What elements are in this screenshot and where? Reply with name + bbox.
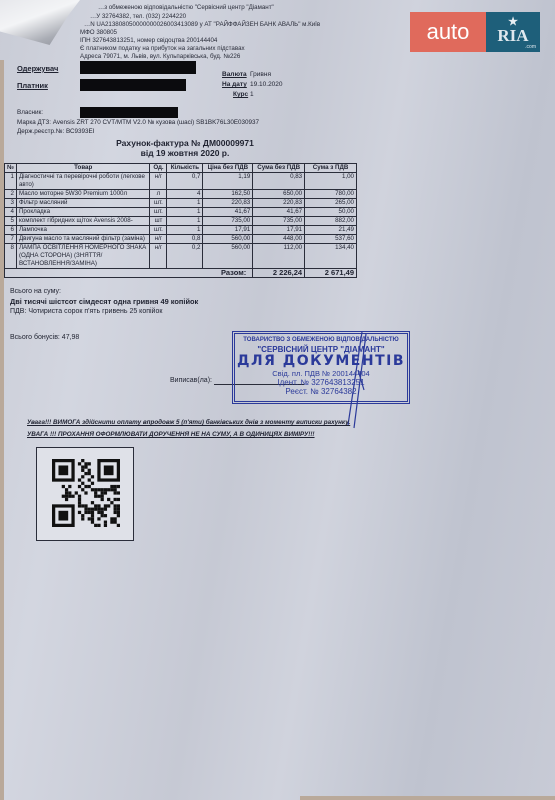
signed-by-label: Виписав(ла): <box>170 377 212 384</box>
invoice-date: від 19 жовтня 2020 р. <box>0 148 370 158</box>
signature-scribble <box>340 330 370 430</box>
cell-item: ЛАМПА ОСВІТЛЕННЯ НОМЕРНОГО ЗНАКА (ОДНА С… <box>16 244 150 269</box>
vehicle-reg-number: Держ.реєстр.№: ВС9393ЕІ <box>17 128 94 135</box>
payment-deadline-warning: Увага!!! ВИМОГА здійснити оплату впродов… <box>27 419 350 426</box>
supplier-code-phone: …У 32764382, тел. (032) 2244220 <box>90 13 186 20</box>
cell-sum: 220,83 <box>253 199 305 208</box>
owner-redacted <box>80 107 178 118</box>
cell-sum: 650,00 <box>253 190 305 199</box>
cell-qty: 4 <box>167 190 203 199</box>
cell-price: 17,91 <box>203 226 253 235</box>
column-header: Сума з ПДВ <box>305 164 357 173</box>
logo-auto: auto <box>410 12 486 52</box>
rate-label: Курс <box>233 91 248 98</box>
cell-n: 1 <box>5 173 17 190</box>
date-value: 19.10.2020 <box>250 81 283 88</box>
stamp-line-4: Свід. пл. ПДВ № 200144404 <box>235 369 407 378</box>
date-label: На дату <box>222 81 247 88</box>
recipient-label: Одержувач <box>17 64 58 73</box>
total-sum: 2 226,24 <box>253 269 305 278</box>
cell-unit: н/г <box>150 173 167 190</box>
cell-item: Масло моторне 5W30 Premium 1000л <box>16 190 150 199</box>
cell-item: Двигуна масло та масляний фільтр (заміна… <box>16 235 150 244</box>
table-row: 1Діагностичні та перевірочні роботи (лег… <box>5 173 357 190</box>
table-header: №ТоварОд.КількістьЦіна без ПДВСума без П… <box>5 164 357 173</box>
vehicle-model: Марка ДТЗ: Avensis ZRT 270 CVT/MTM V2.0 … <box>17 119 259 126</box>
table-row: 2Масло моторне 5W30 Premium 1000лл4162,5… <box>5 190 357 199</box>
cell-qty: 0,7 <box>167 173 203 190</box>
table-row: 7Двигуна масло та масляний фільтр (замін… <box>5 235 357 244</box>
cell-qty: 0,2 <box>167 244 203 269</box>
cell-unit: н/г <box>150 244 167 269</box>
invoice-items-table: №ТоварОд.КількістьЦіна без ПДВСума без П… <box>4 163 357 278</box>
cell-n: 2 <box>5 190 17 199</box>
bonus-total: Всього бонусів: 47,98 <box>10 334 79 341</box>
logo-ria: ★ RIA .com <box>486 12 540 52</box>
supplier-mfo: МФО 380805 <box>80 29 117 36</box>
supplier-address: Адреса 79071, м. Львів, вул. Кульпарківс… <box>80 53 240 60</box>
supplier-tax-id: ІПН 327643813251, номер свідоцтва 200144… <box>80 37 217 44</box>
cell-qty: 1 <box>167 217 203 226</box>
table-row: 4Прокладкашт.141,6741,6750,00 <box>5 208 357 217</box>
column-header: № <box>5 164 17 173</box>
stamp-line-6: Реєст. № 32764382 <box>235 387 407 396</box>
cell-n: 4 <box>5 208 17 217</box>
column-header: Кількість <box>167 164 203 173</box>
owner-label: Власник: <box>17 109 43 116</box>
cell-unit: л <box>150 190 167 199</box>
vat-in-words: ПДВ: Чотириста сорок п'ять гривень 25 ко… <box>10 308 162 315</box>
cell-sum-vat: 537,60 <box>305 235 357 244</box>
cell-sum: 735,00 <box>253 217 305 226</box>
logo-ria-text: RIA <box>497 26 528 46</box>
cell-item: Прокладка <box>16 208 150 217</box>
cell-item: Лампочка <box>16 226 150 235</box>
table-row: 5комплект гібридних щіток Avensis 2008-ш… <box>5 217 357 226</box>
cell-qty: 1 <box>167 208 203 217</box>
cell-sum-vat: 21,49 <box>305 226 357 235</box>
cell-sum-vat: 1,00 <box>305 173 357 190</box>
recipient-redacted <box>80 61 196 74</box>
cell-price: 162,50 <box>203 190 253 199</box>
currency-label: Валюта <box>222 71 247 78</box>
supplier-bank-account: …N UA213808050000000026003413089 у АТ "Р… <box>84 21 320 28</box>
column-header: Сума без ПДВ <box>253 164 305 173</box>
cell-price: 560,00 <box>203 244 253 269</box>
sum-in-words: Дві тисячі шістсот сімдесят одна гривня … <box>10 297 198 306</box>
supplier-tax-status: Є платником податку на прибуток на загал… <box>80 45 245 52</box>
cell-price: 560,00 <box>203 235 253 244</box>
column-header: Од. <box>150 164 167 173</box>
company-stamp: ТОВАРИСТВО З ОБМЕЖЕНОЮ ВІДПОВІДАЛЬНІСТЮ … <box>232 331 410 404</box>
cell-sum: 0,83 <box>253 173 305 190</box>
cell-price: 41,67 <box>203 208 253 217</box>
total-row: Разом: 2 226,24 2 671,49 <box>5 269 357 278</box>
cell-qty: 0,8 <box>167 235 203 244</box>
table-row: 6Лампочкашт.117,9117,9121,49 <box>5 226 357 235</box>
cell-price: 735,00 <box>203 217 253 226</box>
cell-n: 7 <box>5 235 17 244</box>
qr-code-icon <box>52 459 120 527</box>
cell-price: 1,19 <box>203 173 253 190</box>
stamp-line-5: Ідент. № 327643813251 <box>235 378 407 387</box>
qr-frame <box>36 447 134 541</box>
cell-n: 8 <box>5 244 17 269</box>
cell-unit: шт <box>150 217 167 226</box>
autoria-logo: auto ★ RIA .com <box>410 12 540 52</box>
supplier-name: …з обмеженою відповідальністю "Сервісний… <box>98 4 274 11</box>
column-header: Товар <box>16 164 150 173</box>
cell-sum: 448,00 <box>253 235 305 244</box>
payer-redacted <box>80 79 186 91</box>
logo-domain: .com <box>525 44 536 50</box>
cell-unit: н/г <box>150 235 167 244</box>
cell-sum-vat: 50,00 <box>305 208 357 217</box>
cell-sum-vat: 780,00 <box>305 190 357 199</box>
cell-n: 3 <box>5 199 17 208</box>
table-surface <box>300 796 555 800</box>
cell-unit: шт. <box>150 226 167 235</box>
star-icon: ★ <box>508 18 518 26</box>
cell-price: 220,83 <box>203 199 253 208</box>
stamp-line-3: ДЛЯ ДОКУМЕНТІВ <box>235 354 407 369</box>
cell-sum-vat: 265,00 <box>305 199 357 208</box>
table-row: 3Фільтр маслянийшт.1220,83220,83265,00 <box>5 199 357 208</box>
rate-value: 1 <box>250 91 254 98</box>
sum-label: Всього на суму: <box>10 288 61 295</box>
folded-corner <box>0 0 80 45</box>
cell-sum-vat: 134,40 <box>305 244 357 269</box>
cell-item: Фільтр масляний <box>16 199 150 208</box>
total-label: Разом: <box>5 269 253 278</box>
total-sum-vat: 2 671,49 <box>305 269 357 278</box>
cell-qty: 1 <box>167 199 203 208</box>
cell-qty: 1 <box>167 226 203 235</box>
stamp-line-1: ТОВАРИСТВО З ОБМЕЖЕНОЮ ВІДПОВІДАЛЬНІСТЮ <box>235 337 407 343</box>
cell-sum: 41,67 <box>253 208 305 217</box>
cell-sum: 112,00 <box>253 244 305 269</box>
invoice-title: Рахунок-фактура № ДМ00009971 <box>0 138 370 148</box>
currency-value: Гривня <box>250 71 271 78</box>
cell-unit: шт. <box>150 208 167 217</box>
power-of-attorney-warning: УВАГА !!! ПРОХАННЯ ОФОРМЛЮВАТИ ДОРУЧЕННЯ… <box>27 431 315 438</box>
cell-sum-vat: 882,00 <box>305 217 357 226</box>
cell-n: 6 <box>5 226 17 235</box>
table-row: 8ЛАМПА ОСВІТЛЕННЯ НОМЕРНОГО ЗНАКА (ОДНА … <box>5 244 357 269</box>
cell-sum: 17,91 <box>253 226 305 235</box>
cell-item: Діагностичні та перевірочні роботи (легк… <box>16 173 150 190</box>
cell-unit: шт. <box>150 199 167 208</box>
column-header: Ціна без ПДВ <box>203 164 253 173</box>
cell-n: 5 <box>5 217 17 226</box>
payer-label: Платник <box>17 81 48 90</box>
cell-item: комплект гібридних щіток Avensis 2008- <box>16 217 150 226</box>
